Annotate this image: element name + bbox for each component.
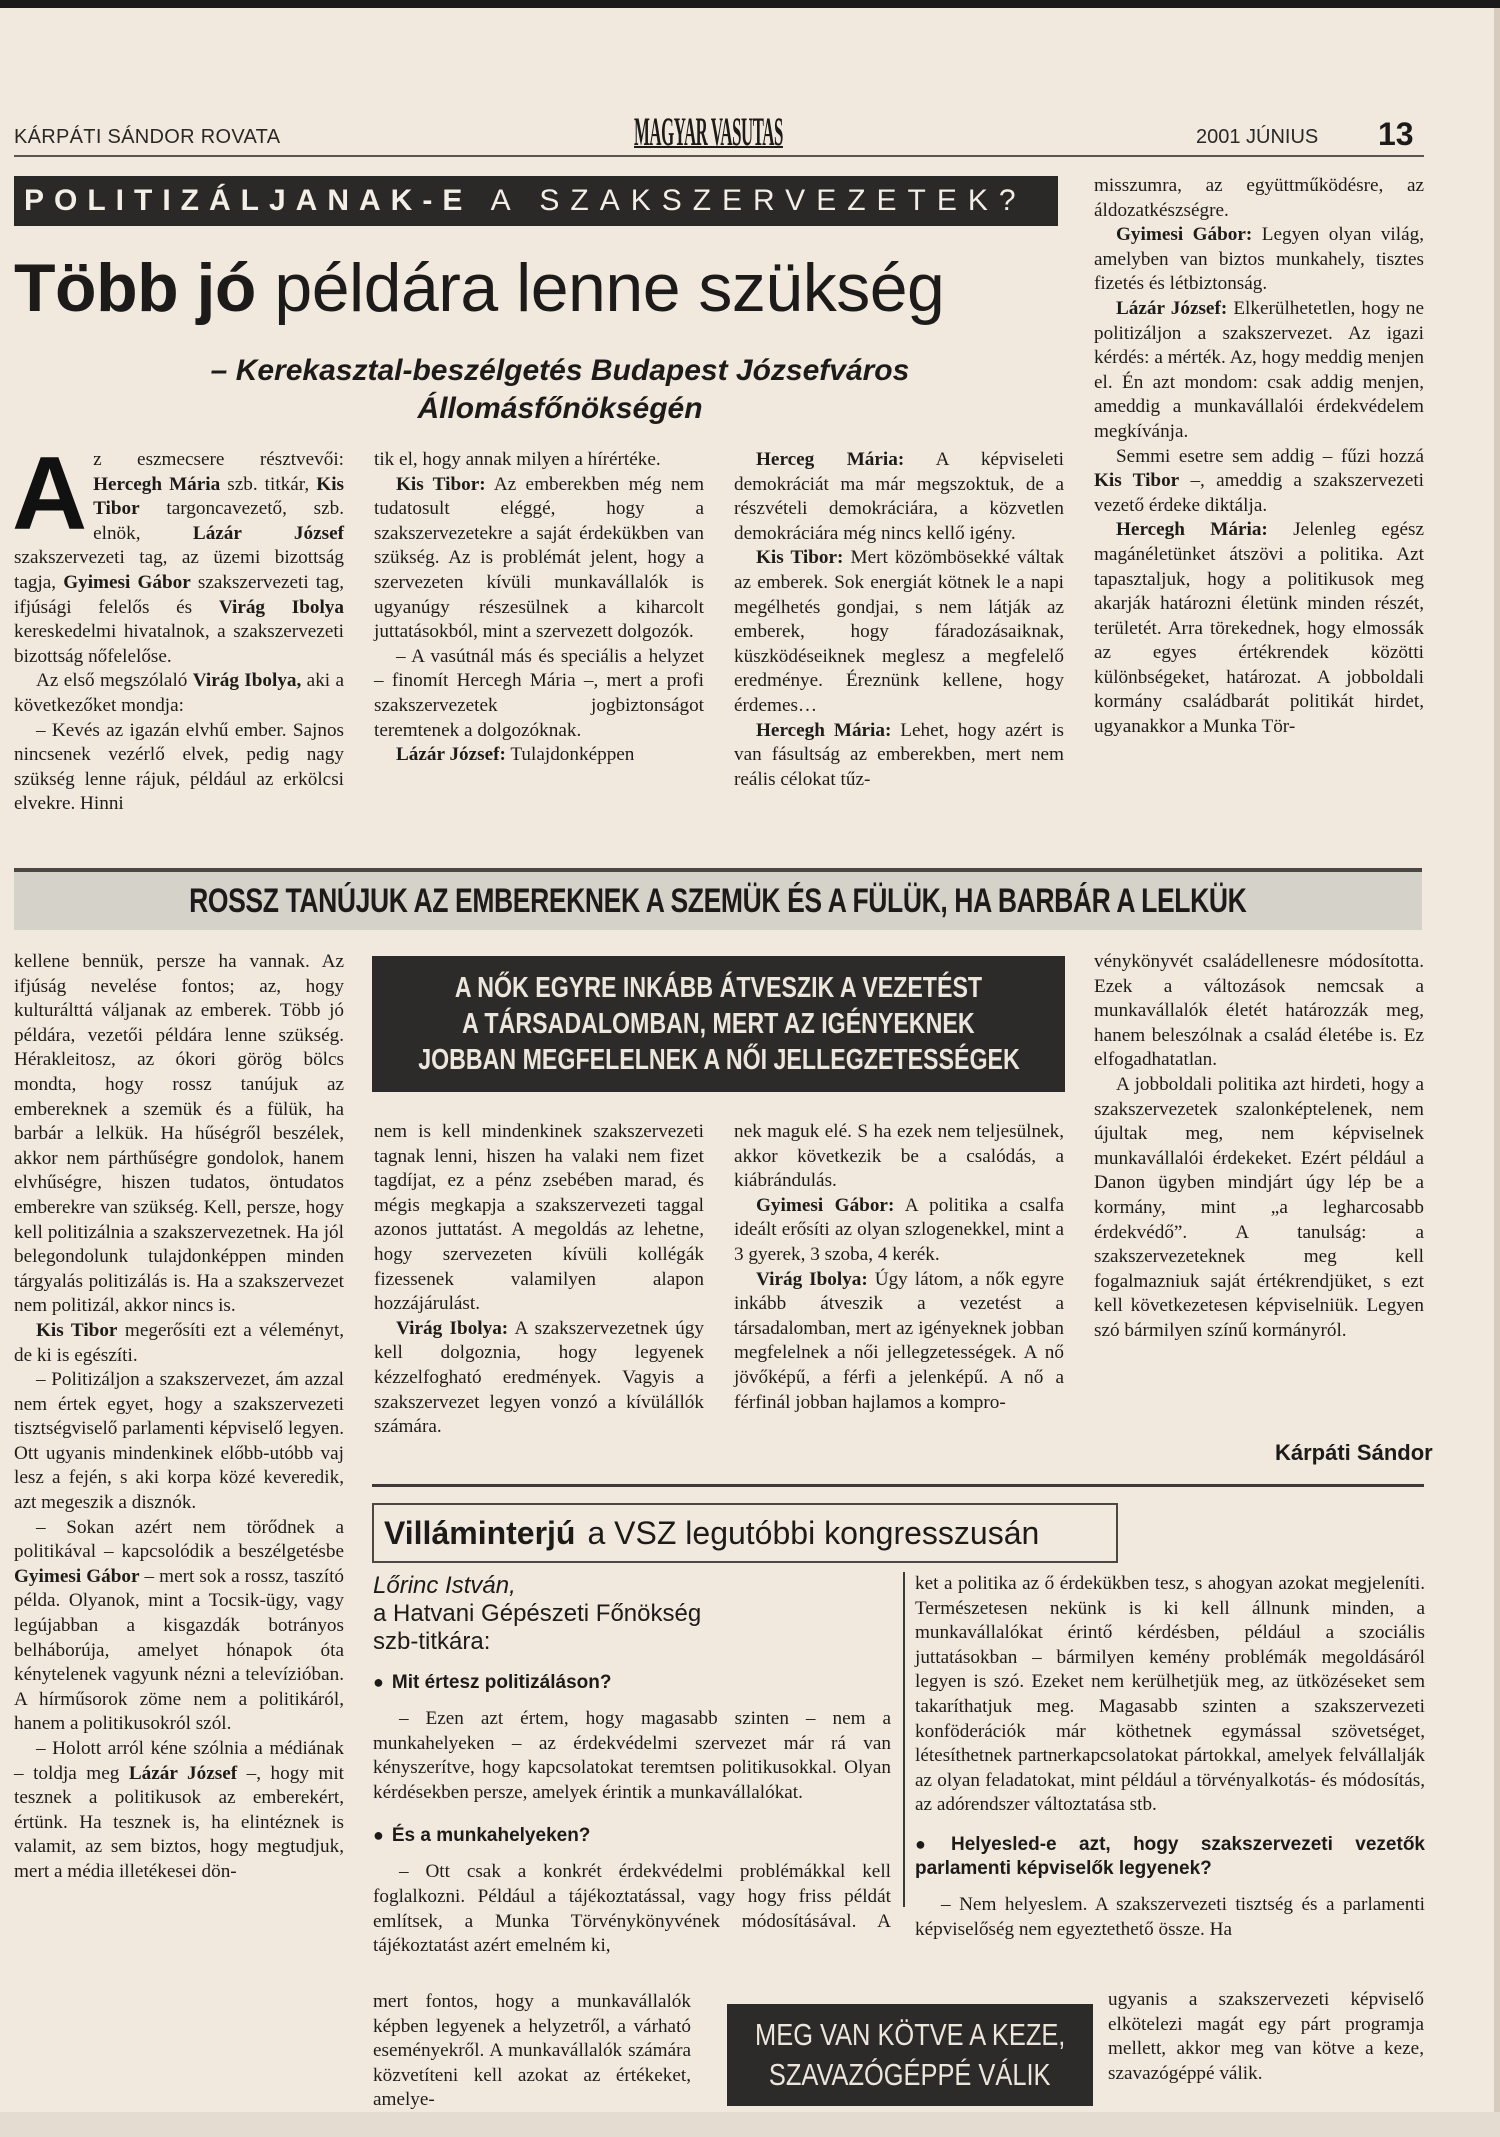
interview-header-regular: a VSZ legutóbbi kongresszusán bbox=[587, 1515, 1039, 1552]
interviewee-org: a Hatvani Gépészeti Főnökség bbox=[373, 1600, 701, 1628]
paragraph: Hercegh Mária: Lehet, hogy azért is van … bbox=[734, 719, 1064, 793]
speaker-name: Gyimesi Gábor bbox=[14, 1566, 140, 1587]
interview-column-1: Mit értesz politizáláson? – Ezen azt ért… bbox=[373, 1660, 891, 1959]
person-name: Lázár József bbox=[193, 523, 344, 544]
speaker-name: Kis Tibor: bbox=[396, 474, 486, 495]
article-column-7: nek maguk elé. S ha ezek nem teljesülnek… bbox=[734, 1120, 1064, 1415]
paragraph: Virág Ibolya: A szakszervezetnek úgy kel… bbox=[374, 1317, 704, 1440]
article-column-4: misszumra, az együttműködésre, az áldoza… bbox=[1094, 174, 1424, 740]
paragraph: Lázár József: Elkerülhetetlen, hogy ne p… bbox=[1094, 297, 1424, 445]
pull-quote-line: SZAVAZÓGÉPPÉ VÁLIK bbox=[769, 2055, 1051, 2095]
article-column-6: nem is kell mindenkinek szakszervezeti t… bbox=[374, 1120, 704, 1440]
interview-question: És a munkahelyeken? bbox=[373, 1823, 891, 1848]
subtitle: – Kerekasztal-beszélgetés Budapest Józse… bbox=[60, 352, 1060, 428]
paragraph: Kis Tibor: Az emberekben még nem tudatos… bbox=[374, 473, 704, 645]
interview-answer: – Ott csak a konkrét érdekvédelmi problé… bbox=[373, 1860, 891, 1958]
issue-date: 2001 JÚNIUS bbox=[1196, 126, 1318, 149]
interview-column-2b: ugyanis a szakszervezeti képviselő elköt… bbox=[1108, 1988, 1424, 2086]
paragraph: Hercegh Mária: Jelenleg egész magánéletü… bbox=[1094, 518, 1424, 739]
paragraph: nek maguk elé. S ha ezek nem teljesülnek… bbox=[734, 1120, 1064, 1194]
person-name: Virág Ibolya, bbox=[193, 670, 302, 691]
header-rule bbox=[14, 155, 1424, 157]
interviewee-name: Lőrinc István, bbox=[373, 1572, 701, 1600]
subtitle-line-2: Állomásfőnökségén bbox=[60, 390, 1060, 428]
speaker-name: Virág Ibolya: bbox=[396, 1318, 508, 1339]
speaker-name: Kis Tibor bbox=[1094, 470, 1179, 491]
interview-pull-quote: MEG VAN KÖTVE A KEZE, SZAVAZÓGÉPPÉ VÁLIK bbox=[727, 2004, 1093, 2106]
speaker-name: Kis Tibor bbox=[36, 1320, 117, 1341]
pull-quote-line: MEG VAN KÖTVE A KEZE, bbox=[755, 2015, 1065, 2055]
pull-quote-line: JOBBAN MEGFELELNEK A NŐI JELLEGZETESSÉGE… bbox=[418, 1042, 1020, 1078]
interview-header-bold: Villáminterjú bbox=[384, 1515, 575, 1552]
interview-question: Mit értesz politizáláson? bbox=[373, 1670, 891, 1695]
intro-paragraph: Az eszmecsere résztvevői: Hercegh Mária … bbox=[14, 448, 344, 669]
pull-quote-line: A TÁRSADALOMBAN, MERT AZ IGÉNYEKNEK bbox=[462, 1006, 975, 1042]
speaker-name: Gyimesi Gábor: bbox=[756, 1195, 894, 1216]
article-column-1: Az eszmecsere résztvevői: Hercegh Mária … bbox=[14, 448, 344, 817]
interview-header: Villáminterjúa VSZ legutóbbi kongresszus… bbox=[372, 1503, 1118, 1563]
paragraph: nem is kell mindenkinek szakszervezeti t… bbox=[374, 1120, 704, 1317]
masthead-logo: MAGYAR VASUTAS bbox=[634, 108, 783, 155]
speaker-name: Herceg Mária: bbox=[756, 449, 904, 470]
article-column-3: Herceg Mária: A képviseleti demokráciát … bbox=[734, 448, 1064, 792]
interviewee-info: Lőrinc István, a Hatvani Gépészeti Főnök… bbox=[373, 1572, 701, 1656]
drop-cap: A bbox=[12, 452, 87, 536]
interview-column-2: ket a politika az ő érdekükben tesz, s a… bbox=[915, 1572, 1425, 1942]
paragraph: A jobboldali politika azt hirdeti, hogy … bbox=[1094, 1073, 1424, 1344]
paragraph: – Kevés az igazán elvhű ember. Sajnos ni… bbox=[14, 719, 344, 817]
paragraph: Kis Tibor megerősíti ezt a véleményt, de… bbox=[14, 1319, 344, 1368]
article-column-5: kellene bennük, persze ha vannak. Az ifj… bbox=[14, 950, 344, 1885]
page-edge bbox=[1494, 8, 1500, 2137]
article-column-2: tik el, hogy annak milyen a hírértéke. K… bbox=[374, 448, 704, 768]
person-name: Hercegh Mária bbox=[93, 474, 220, 495]
paragraph: – A vasútnál más és speciális a helyzet … bbox=[374, 645, 704, 743]
top-border bbox=[0, 0, 1500, 8]
interview-column-1b: mert fontos, hogy a munkavállalók képben… bbox=[373, 1990, 691, 2113]
speaker-name: Gyimesi Gábor: bbox=[1116, 224, 1252, 245]
column-divider bbox=[903, 1572, 905, 1907]
page-title: Több jó példára lenne szükség bbox=[14, 248, 944, 328]
kicker-bold: POLITIZÁLJANAK-E bbox=[24, 184, 472, 218]
pull-quote: A NŐK EGYRE INKÁBB ÁTVESZIK A VEZETÉST A… bbox=[372, 956, 1065, 1092]
person-name: Virág Ibolya bbox=[219, 597, 344, 618]
person-name: Gyimesi Gábor bbox=[63, 572, 191, 593]
section-banner: ROSSZ TANÚJUK AZ EMBEREKNEK A SZEMÜK ÉS … bbox=[14, 868, 1422, 930]
interview-answer: ket a politika az ő érdekükben tesz, s a… bbox=[915, 1572, 1425, 1818]
kicker-thin: A SZAKSZERVEZETEK? bbox=[491, 184, 1027, 218]
speaker-name: Lázár József bbox=[129, 1763, 237, 1784]
paragraph: Gyimesi Gábor: Legyen olyan világ, amely… bbox=[1094, 223, 1424, 297]
speaker-name: Lázár József: bbox=[396, 744, 506, 765]
paragraph: tik el, hogy annak milyen a hírértéke. bbox=[374, 448, 704, 473]
subtitle-line-1: – Kerekasztal-beszélgetés Budapest Józse… bbox=[60, 352, 1060, 390]
interviewee-role: szb-titkára: bbox=[373, 1628, 701, 1656]
speaker-name: Hercegh Mária: bbox=[1116, 519, 1268, 540]
paragraph: Virág Ibolya: Úgy látom, a nők egyre ink… bbox=[734, 1268, 1064, 1416]
paragraph: Az első megszólaló Virág Ibolya, aki a k… bbox=[14, 669, 344, 718]
interview-question: Helyesled-e azt, hogy szakszervezeti vez… bbox=[915, 1832, 1425, 1881]
interview-answer: – Nem helyeslem. A szakszervezeti tiszts… bbox=[915, 1893, 1425, 1942]
paragraph: Herceg Mária: A képviseleti demokráciát … bbox=[734, 448, 1064, 546]
paragraph: vénykönyvét családellenesre módosította.… bbox=[1094, 950, 1424, 1073]
paragraph: – Sokan azért nem törődnek a politikával… bbox=[14, 1516, 344, 1737]
article-column-8: vénykönyvét családellenesre módosította.… bbox=[1094, 950, 1424, 1344]
interview-answer: ugyanis a szakszervezeti képviselő elköt… bbox=[1108, 1988, 1424, 2086]
speaker-name: Lázár József: bbox=[1116, 298, 1227, 319]
paragraph: Gyimesi Gábor: A politika a csalfa ideál… bbox=[734, 1194, 1064, 1268]
paragraph: misszumra, az együttműködésre, az áldoza… bbox=[1094, 174, 1424, 223]
kicker-banner: POLITIZÁLJANAK-E A SZAKSZERVEZETEK? bbox=[14, 176, 1058, 226]
paragraph: Kis Tibor: Mert közömbösekké váltak az e… bbox=[734, 546, 1064, 718]
speaker-name: Virág Ibolya: bbox=[756, 1269, 868, 1290]
speaker-name: Kis Tibor: bbox=[756, 547, 843, 568]
title-regular: példára lenne szükség bbox=[274, 250, 944, 326]
paragraph: kellene bennük, persze ha vannak. Az ifj… bbox=[14, 950, 344, 1319]
section-divider bbox=[372, 1484, 1424, 1487]
paragraph: Semmi esetre sem addig – fűzi hozzá Kis … bbox=[1094, 445, 1424, 519]
paragraph: – Holott arról kéne szólnia a médiának –… bbox=[14, 1737, 344, 1885]
paragraph: – Politizáljon a szakszervezet, ám azzal… bbox=[14, 1368, 344, 1516]
speaker-name: Hercegh Mária: bbox=[756, 720, 891, 741]
page-number: 13 bbox=[1378, 116, 1414, 153]
interview-answer: – Ezen azt értem, hogy magasabb szinten … bbox=[373, 1707, 891, 1805]
pull-quote-line: A NŐK EGYRE INKÁBB ÁTVESZIK A VEZETÉST bbox=[455, 970, 982, 1006]
paragraph: Lázár József: Tulajdonképpen bbox=[374, 743, 704, 768]
page-bottom-edge bbox=[0, 2112, 1500, 2137]
title-bold: Több jó bbox=[14, 250, 256, 326]
column-name: KÁRPÁTI SÁNDOR ROVATA bbox=[14, 126, 280, 149]
interview-answer: mert fontos, hogy a munkavállalók képben… bbox=[373, 1990, 691, 2113]
author-signature: Kárpáti Sándor bbox=[1275, 1440, 1433, 1466]
